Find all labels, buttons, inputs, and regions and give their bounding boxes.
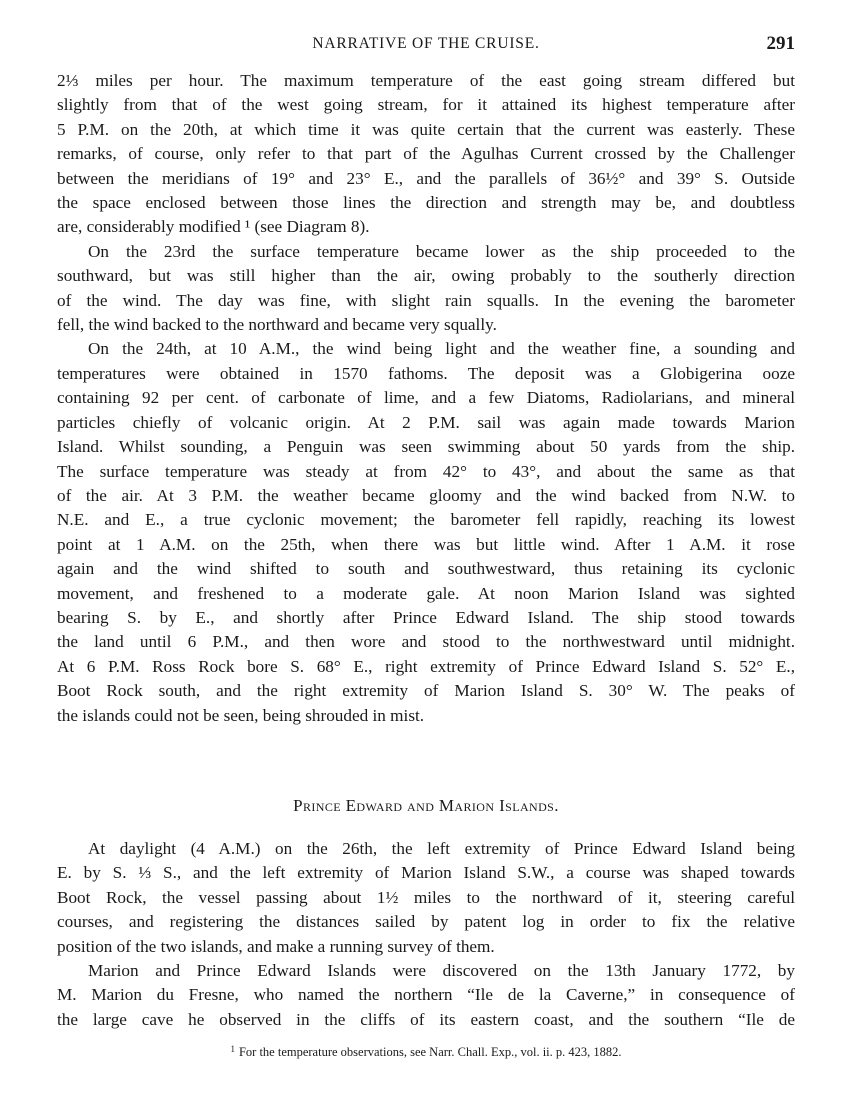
text-line: the large cave he observed in the cliffs… [57,1008,795,1032]
text-line: M. Marion du Fresne, who named the north… [57,983,795,1007]
text-line: E. by S. ⅓ S., and the left extremity of… [57,861,795,885]
document-page: NARRATIVE OF THE CRUISE. 291 2⅓ miles pe… [0,0,850,1100]
text-line: position of the two islands, and make a … [57,935,795,959]
paragraph: Marion and Prince Edward Islands were di… [57,959,795,1032]
text-line: At 6 P.M. Ross Rock bore S. 68° E., righ… [57,655,795,679]
text-line: are, considerably modified ¹ (see Diagra… [57,215,795,239]
text-line: of the wind. The day was fine, with slig… [57,289,795,313]
text-line: again and the wind shifted to south and … [57,557,795,581]
text-line: Marion and Prince Edward Islands were di… [57,959,795,983]
text-line: of the air. At 3 P.M. the weather became… [57,484,795,508]
running-head: NARRATIVE OF THE CRUISE. 291 [57,33,795,57]
body-text-before-heading: 2⅓ miles per hour. The maximum temperatu… [57,69,795,728]
text-line: bearing S. by E., and shortly after Prin… [57,606,795,630]
running-title: NARRATIVE OF THE CRUISE. [57,35,795,53]
footnote: 1For the temperature observations, see N… [57,1044,795,1060]
text-line: 5 P.M. on the 20th, at which time it was… [57,118,795,142]
text-line: N.E. and E., a true cyclonic movement; t… [57,508,795,532]
footnote-text: For the temperature observations, see Na… [239,1045,622,1059]
text-line: Boot Rock south, and the right extremity… [57,679,795,703]
page-number: 291 [767,33,796,55]
paragraph: At daylight (4 A.M.) on the 26th, the le… [57,837,795,959]
text-line: At daylight (4 A.M.) on the 26th, the le… [57,837,795,861]
text-line: 2⅓ miles per hour. The maximum temperatu… [57,69,795,93]
footnote-marker: 1 [230,1044,235,1054]
text-line: point at 1 A.M. on the 25th, when there … [57,533,795,557]
text-line: southward, but was still higher than the… [57,264,795,288]
text-line: between the meridians of 19° and 23° E.,… [57,167,795,191]
text-line: remarks, of course, only refer to that p… [57,142,795,166]
text-line: movement, and freshened to a moderate ga… [57,582,795,606]
section-heading: Prince Edward and Marion Islands. [57,796,795,816]
paragraph: On the 24th, at 10 A.M., the wind being … [57,337,795,728]
text-line: On the 23rd the surface temperature beca… [57,240,795,264]
text-line: Boot Rock, the vessel passing about 1½ m… [57,886,795,910]
text-line: particles chiefly of volcanic origin. At… [57,411,795,435]
text-line: containing 92 per cent. of carbonate of … [57,386,795,410]
text-line: On the 24th, at 10 A.M., the wind being … [57,337,795,361]
text-line: the islands could not be seen, being shr… [57,704,795,728]
paragraph: On the 23rd the surface temperature beca… [57,240,795,338]
text-line: The surface temperature was steady at fr… [57,460,795,484]
text-line: fell, the wind backed to the northward a… [57,313,795,337]
text-line: the space enclosed between those lines t… [57,191,795,215]
text-line: slightly from that of the west going str… [57,93,795,117]
paragraph: 2⅓ miles per hour. The maximum temperatu… [57,69,795,240]
body-text-after-heading: At daylight (4 A.M.) on the 26th, the le… [57,837,795,1032]
text-line: courses, and registering the distances s… [57,910,795,934]
text-line: Island. Whilst sounding, a Penguin was s… [57,435,795,459]
text-line: the land until 6 P.M., and then wore and… [57,630,795,654]
text-line: temperatures were obtained in 1570 fatho… [57,362,795,386]
